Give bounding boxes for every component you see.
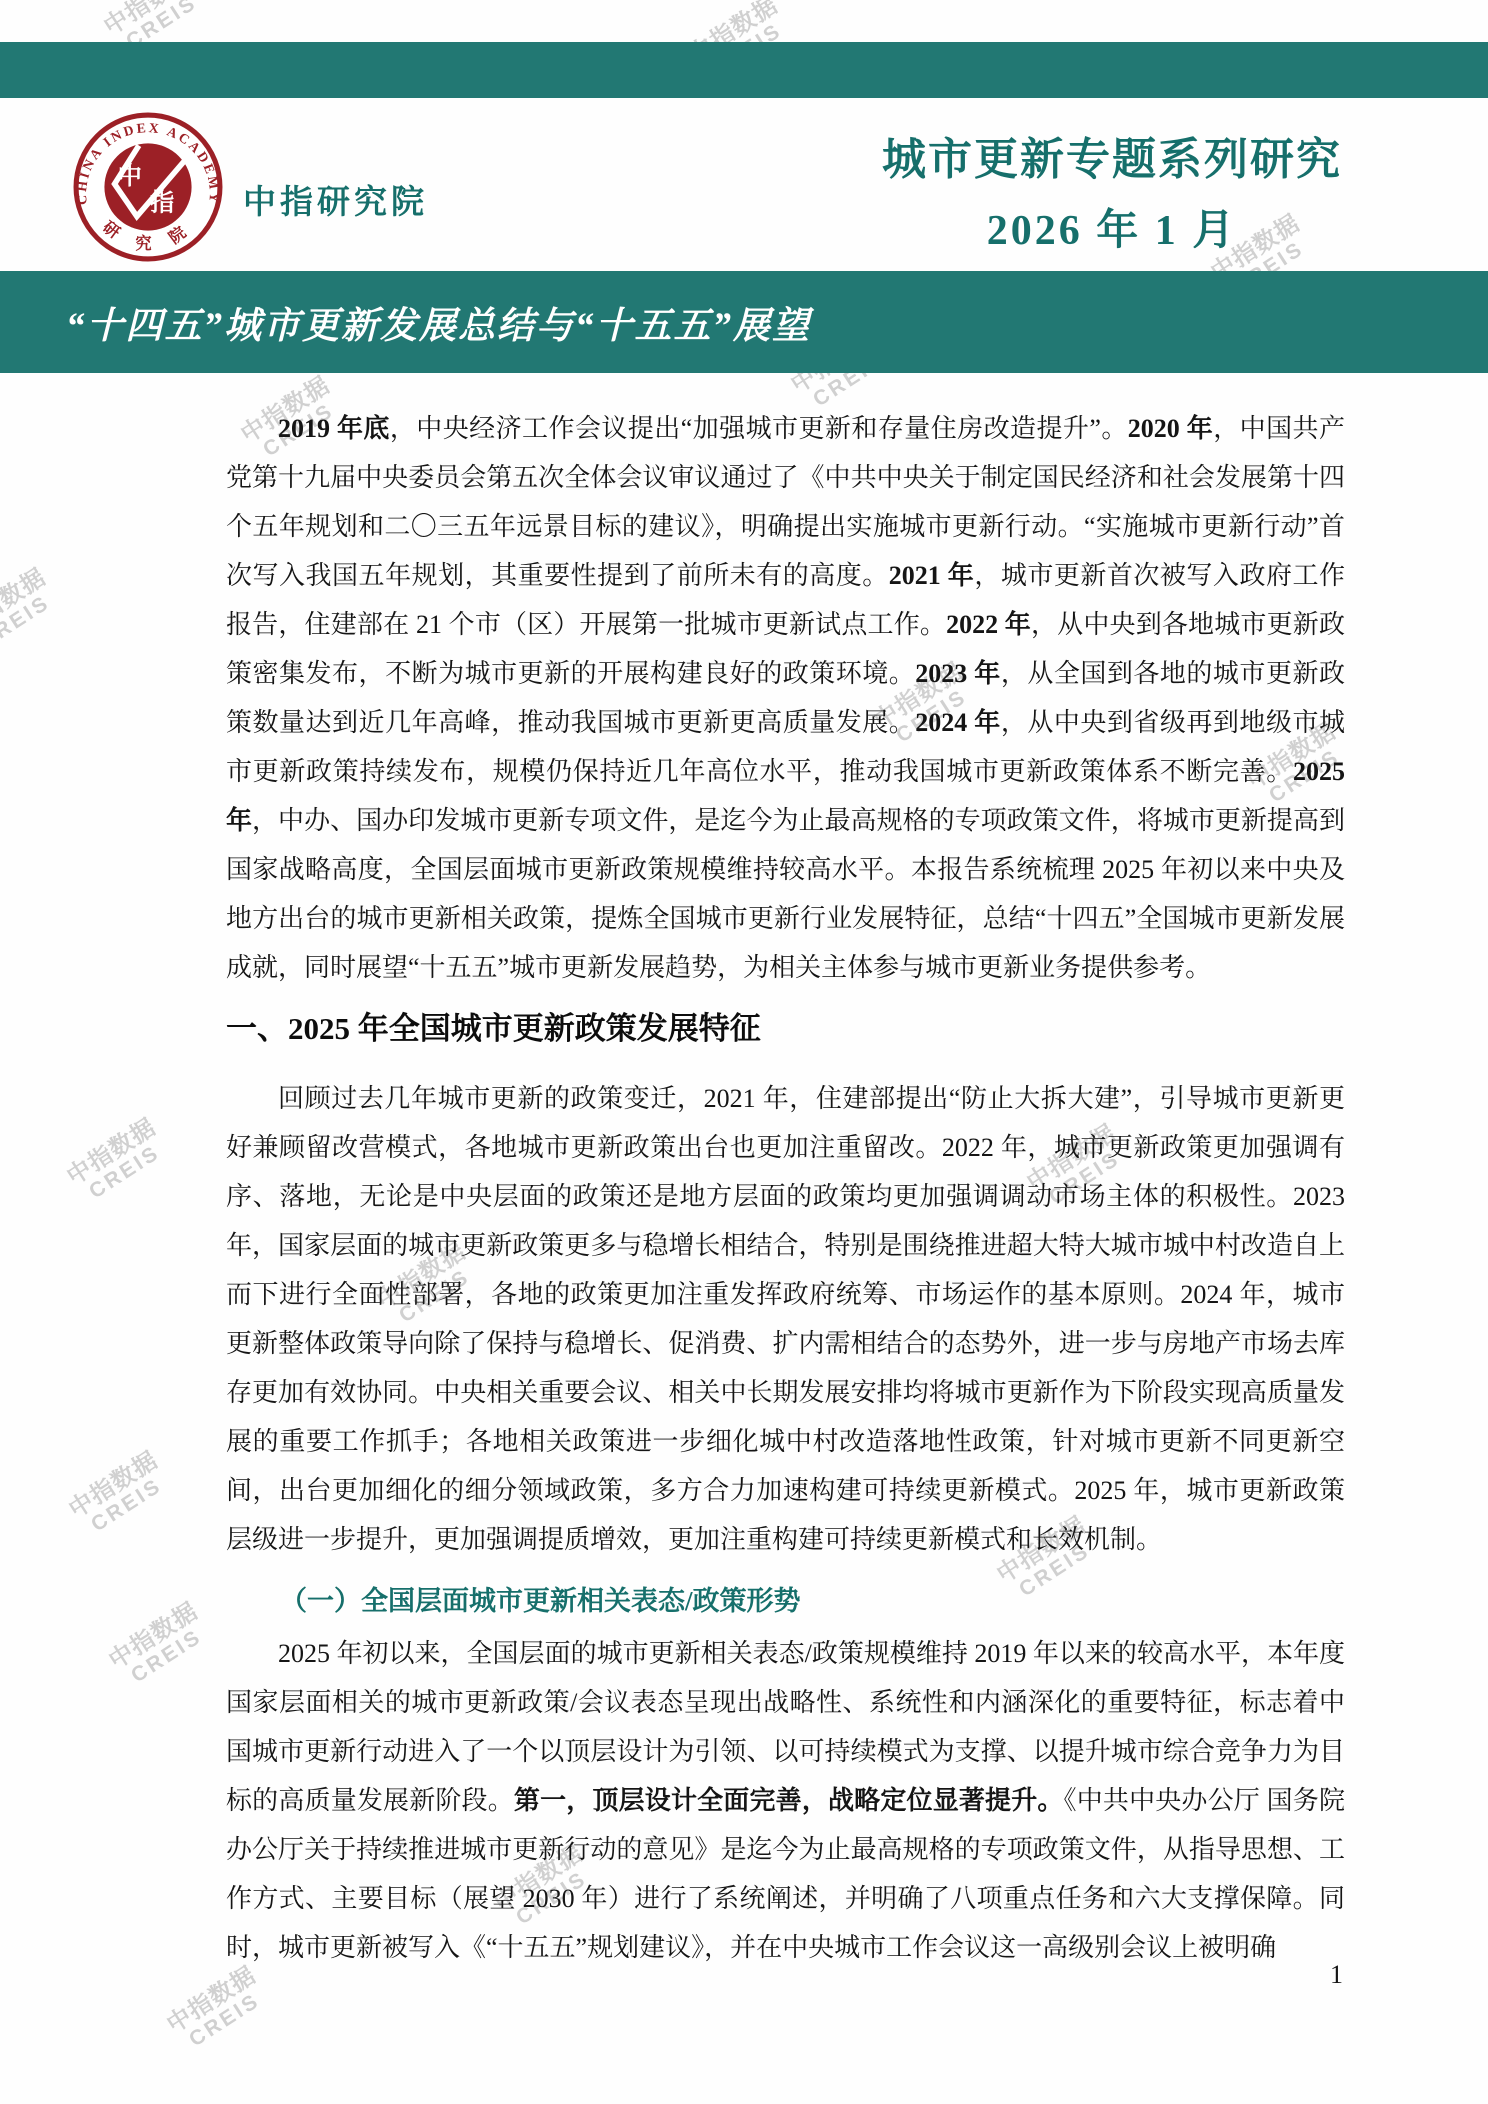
- page-number: 1: [1330, 1960, 1343, 1990]
- top-accent-bar: [0, 42, 1488, 98]
- report-series-title: 城市更新专题系列研究: [882, 123, 1342, 187]
- subsection-heading: （一）全国层面城市更新相关表态/政策形势: [226, 1580, 1345, 1622]
- bold-run: 2021 年: [889, 561, 975, 590]
- report-title-banner: “十四五”城市更新发展总结与“十五五”展望: [0, 271, 1488, 373]
- issue-date: 2026 年 1 月: [882, 197, 1342, 257]
- bold-run: 第一，顶层设计全面完善，战略定位显著提升。: [514, 1786, 1064, 1815]
- watermark: 中指数据CREIS: [163, 1963, 272, 2057]
- bold-run: 2022 年: [946, 610, 1031, 639]
- watermark: 中指数据CREIS: [105, 1599, 214, 1693]
- watermark: 中指数据CREIS: [63, 1115, 172, 1209]
- bold-run: 2023 年: [915, 659, 1001, 688]
- china-index-academy-logo: CHINA INDEX ACADEMY 研 究 院 中 指: [72, 111, 224, 263]
- watermark: 中指数据CREIS: [65, 1448, 174, 1542]
- text-run: 回顾过去几年城市更新的政策变迁，2021 年，住建部提出“防止大拆大建”，引导城…: [226, 1084, 1345, 1554]
- logo-char-zhong: 中: [118, 163, 142, 190]
- watermark: 中指数据CREIS: [0, 565, 63, 659]
- bold-run: 2020 年: [1128, 414, 1213, 443]
- report-title: “十四五”城市更新发展总结与“十五五”展望: [0, 295, 811, 349]
- logo-emblem-icon: CHINA INDEX ACADEMY 研 究 院 中 指: [72, 111, 224, 263]
- bold-run: 2019 年底: [278, 414, 390, 443]
- article-body: 2019 年底，中央经济工作会议提出“加强城市更新和存量住房改造提升”。2020…: [226, 404, 1345, 1972]
- logo-char-zhi: 指: [150, 189, 174, 216]
- paragraph-2: 回顾过去几年城市更新的政策变迁，2021 年，住建部提出“防止大拆大建”，引导城…: [226, 1074, 1345, 1564]
- report-page: 中指数据CREIS中指数据CREIS中指数据CREIS中指数据CREIS中指数据…: [0, 0, 1488, 2104]
- paragraph-1: 2019 年底，中央经济工作会议提出“加强城市更新和存量住房改造提升”。2020…: [226, 404, 1345, 992]
- text-run: ，中央经济工作会议提出“加强城市更新和存量住房改造提升”。: [390, 414, 1128, 443]
- section-heading: 一、2025 年全国城市更新政策发展特征: [226, 1007, 1345, 1051]
- brand-name: 中指研究院: [243, 176, 428, 223]
- masthead-right: 城市更新专题系列研究 2026 年 1 月: [882, 123, 1342, 257]
- paragraph-3: 2025 年初以来，全国层面的城市更新相关表态/政策规模维持 2019 年以来的…: [226, 1629, 1345, 1972]
- text-run: ，中办、国办印发城市更新专项文件，是迄今为止最高规格的专项政策文件，将城市更新提…: [226, 806, 1345, 982]
- bold-run: 2024 年: [915, 708, 1001, 737]
